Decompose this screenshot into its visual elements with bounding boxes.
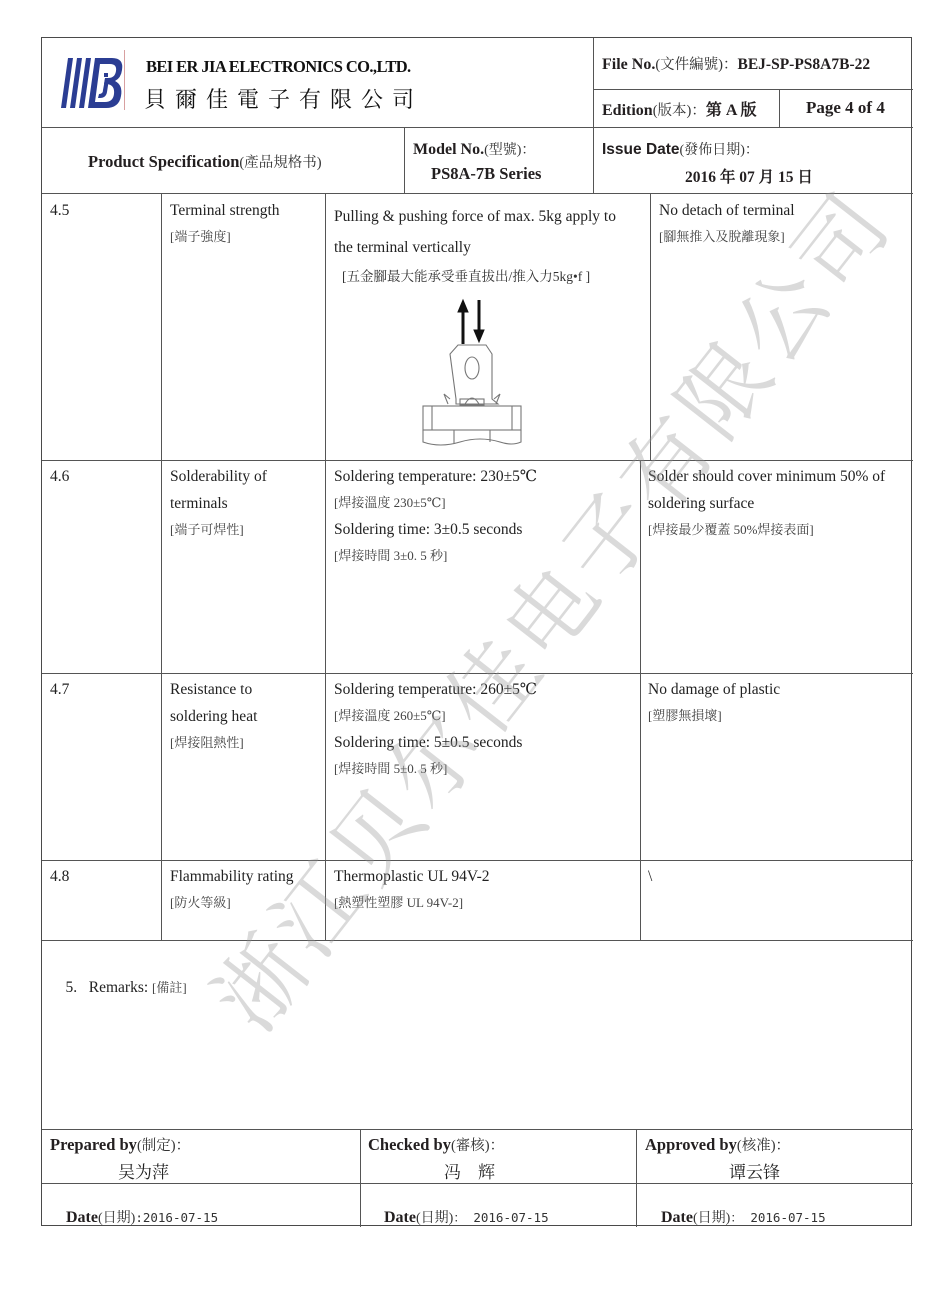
edition: Edition(版本)：第 A 版 [602,97,757,120]
divider [42,1183,913,1184]
test-condition: Soldering temperature: 260±5℃ [334,677,537,704]
divider [42,673,913,674]
item-title: Resistance to soldering heat [170,677,257,730]
logo-divider [124,50,125,110]
divider [42,860,913,861]
item-number: 4.5 [50,198,69,225]
approved-by-name: 谭云锋 [729,1158,780,1183]
test-condition-cn: [熱塑性塑膠 UL 94V-2] [334,890,463,917]
remarks-label: 5. Remarks: [備註] [50,948,187,1028]
test-condition-cn: [焊接溫度 260±5℃] [334,703,446,730]
divider [42,1129,913,1130]
item-title-cn: [防火等級] [170,890,231,917]
approved-by: Approved by(核准)： [645,1134,790,1155]
item-title-cn: [焊接阻熱性] [170,730,244,757]
company-logo [60,56,126,110]
model-no: Model No.(型號)： [413,139,535,159]
checked-by: Checked by(審核)： [368,1134,504,1155]
requirement-cn: [焊接最少覆蓋 50%焊接表面] [648,517,814,544]
divider [779,89,780,127]
test-condition-cn: [五金腳最大能承受垂直拔出/推入力5kg•f ] [342,264,590,291]
divider [161,193,162,940]
item-number: 4.8 [50,864,69,891]
item-title: Terminal strength [170,198,280,225]
prepared-by-name: 吴为萍 [118,1158,169,1183]
test-condition-cn: [焊接溫度 230±5℃] [334,490,446,517]
test-condition: Thermoplastic UL 94V-2 [334,864,490,891]
product-spec-title: Product Specification(產品規格书) [88,151,322,172]
divider [650,193,651,460]
checked-by-name: 冯 辉 [444,1158,495,1183]
issue-date: Issue Date(發佈日期)： [602,139,759,159]
item-title: Flammability rating [170,864,294,891]
requirement-cn: [塑膠無損壞] [648,703,722,730]
divider [593,89,913,90]
prepared-date: Date(日期):2016-07-15 [50,1189,218,1245]
issue-date-value: 2016 年 07 月 15 日 [685,165,813,187]
item-title-cn: [端子可焊性] [170,517,244,544]
test-condition: Soldering temperature: 230±5℃ [334,464,537,491]
checked-date: Date(日期)： 2016-07-15 [368,1189,549,1245]
file-no: File No.(文件編號)：BEJ-SP-PS8A7B-22 [602,53,870,74]
company-name-cn: 貝爾佳電子有限公司 [144,83,423,114]
requirement: No detach of terminal [659,198,795,225]
spec-sheet: BEI ER JIA ELECTRONICS CO.,LTD. 貝爾佳電子有限公… [41,37,912,1226]
requirement: No damage of plastic [648,677,780,704]
divider [593,127,594,193]
divider [593,38,594,127]
approved-date: Date(日期)： 2016-07-15 [645,1189,826,1245]
terminal-diagram-icon [420,296,526,454]
item-number: 4.6 [50,464,69,491]
divider [42,460,913,461]
divider [42,940,913,941]
divider [404,127,405,193]
terminal-pull-push-diagram [420,296,526,454]
test-condition-time: Soldering time: 3±0.5 seconds [334,517,522,544]
divider [42,193,913,194]
divider [636,1129,637,1227]
requirement-cn: [腳無推入及脫離現象] [659,224,785,251]
test-condition-time: Soldering time: 5±0.5 seconds [334,730,522,757]
requirement: Solder should cover minimum 50% of solde… [648,464,885,517]
model-value: PS8A-7B Series [431,164,541,184]
divider [360,1129,361,1227]
test-condition-time-cn: [焊接時間 5±0. 5 秒] [334,756,447,783]
test-condition: Pulling & pushing force of max. 5kg appl… [334,201,616,263]
item-title: Solderability of terminals [170,464,267,517]
prepared-by: Prepared by(制定)： [50,1134,190,1155]
item-number: 4.7 [50,677,69,704]
divider [42,127,913,128]
divider [640,460,641,940]
test-condition-time-cn: [焊接時間 3±0. 5 秒] [334,543,447,570]
company-name-en: BEI ER JIA ELECTRONICS CO.,LTD. [146,57,411,77]
divider [325,193,326,940]
item-title-cn: [端子強度] [170,224,231,251]
page-number: Page 4 of 4 [806,98,885,118]
requirement: \ [648,864,652,891]
bj-logo-icon [60,56,126,110]
